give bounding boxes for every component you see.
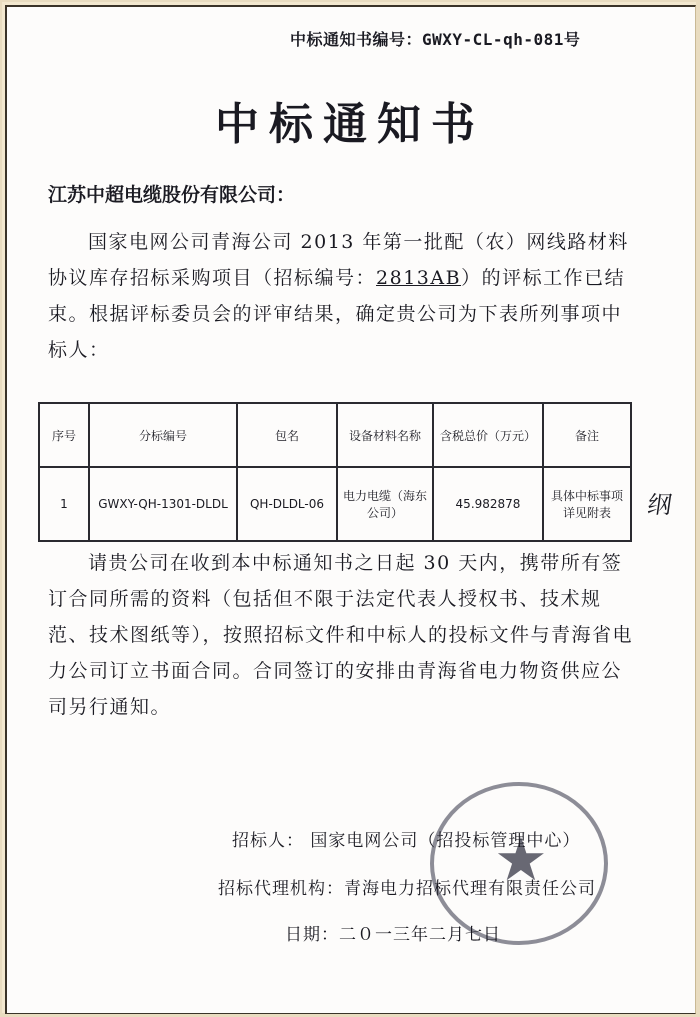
paragraph-evaluation-result: 国家电网公司青海公司 2013 年第一批配（农）网线路材料协议库存招标采购项目（… (48, 224, 638, 368)
addressee: 江苏中超电缆股份有限公司： (48, 180, 295, 207)
notice-number: 中标通知书编号：GWXY-CL-qh-081号 (290, 27, 580, 50)
paragraph-contract-instructions: 请贵公司在收到本中标通知书之日起 30 天内，携带所有签订合同所需的资料（包括但… (48, 545, 638, 725)
cell-material-name: 电力电缆（海东公司） (337, 467, 433, 541)
page: 中标通知书编号：GWXY-CL-qh-081号 中标通知书 江苏中超电缆股份有限… (0, 0, 700, 1017)
table-row: 1 GWXY-QH-1301-DLDL QH-DLDL-06 电力电缆（海东公司… (39, 467, 631, 541)
agency-line: 招标代理机构：青海电力招标代理有限责任公司 (218, 874, 596, 899)
date-line: 日期：二０一三年二月七日 (285, 920, 501, 945)
tenderer-line: 招标人： 国家电网公司（招投标管理中心） (232, 826, 580, 851)
paragraph-text: 请贵公司在收到本中标通知书之日起 30 天内，携带所有签订合同所需的资料（包括但… (48, 552, 633, 718)
cell-lot-number: GWXY-QH-1301-DLDL (89, 467, 237, 541)
header-index: 序号 (39, 403, 89, 467)
cell-index: 1 (39, 467, 89, 541)
document-title: 中标通知书 (0, 88, 700, 152)
bid-number: 2813AB (376, 267, 461, 289)
cell-total-price: 45.982878 (433, 467, 543, 541)
cell-package-name: QH-DLDL-06 (237, 467, 337, 541)
header-material-name: 设备材料名称 (337, 403, 433, 467)
table-header-row: 序号 分标编号 包名 设备材料名称 含税总价（万元） 备注 (39, 403, 631, 467)
header-total-price: 含税总价（万元） (433, 403, 543, 467)
header-package-name: 包名 (237, 403, 337, 467)
award-table: 序号 分标编号 包名 设备材料名称 含税总价（万元） 备注 1 GWXY-QH-… (38, 402, 632, 542)
cell-remarks: 具体中标事项详见附表 (543, 467, 631, 541)
header-lot-number: 分标编号 (89, 403, 237, 467)
handwritten-mark: 纲 (646, 485, 675, 520)
header-remarks: 备注 (543, 403, 631, 467)
